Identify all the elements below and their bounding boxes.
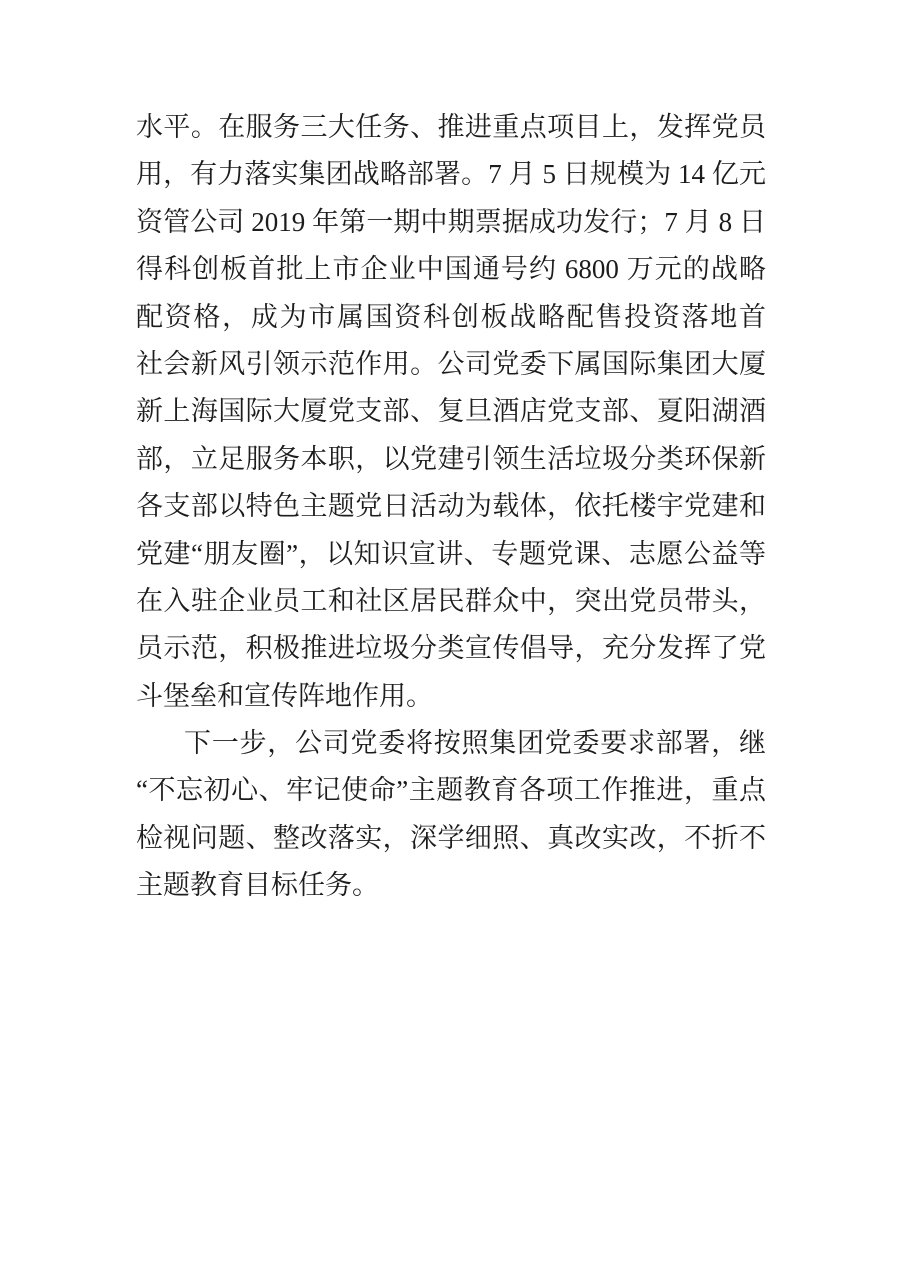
text-line: 社会新风引领示范作用。公司党委下属国际集团大厦党支部、 [136, 341, 766, 388]
text-line: “不忘初心、牢记使命”主题教育各项工作推进，重点围绕 [136, 767, 766, 814]
text-line: 水平。在服务三大任务、推进重点项目上，发挥党员先锋作 [136, 104, 766, 151]
text-line: 斗堡垒和宣传阵地作用。 [136, 673, 766, 720]
text-line: 主题教育目标任务。 [136, 862, 766, 909]
text-line: 资管公司 2019 年第一期中期票据成功发行；7 月 8 日成功取 [136, 199, 766, 246]
text-line: 新上海国际大厦党支部、复旦酒店党支部、夏阳湖酒店党支 [136, 388, 766, 435]
text-line: 下一步，公司党委将按照集团党委要求部署，继续抓好 [136, 720, 766, 767]
text-line: 用，有力落实集团战略部署。7 月 5 日规模为 14 亿元的国际 [136, 151, 766, 198]
document-body: 水平。在服务三大任务、推进重点项目上，发挥党员先锋作用，有力落实集团战略部署。7… [136, 104, 766, 910]
text-line: 检视问题、整改落实，深学细照、真改实改，不折不扣完成 [136, 815, 766, 862]
text-line: 各支部以特色主题党日活动为载体，依托楼宇党建和区域化 [136, 483, 766, 530]
text-line: 配资格，成为市属国资科创板战略配售投资落地首单。发挥 [136, 294, 766, 341]
text-line: 部，立足服务本职，以党建引领生活垃圾分类环保新风尚。 [136, 436, 766, 483]
text-line: 在入驻企业员工和社区居民群众中，突出党员带头，强化党 [136, 578, 766, 625]
text-line: 得科创板首批上市企业中国通号约 6800 万元的战略配售获 [136, 246, 766, 293]
text-line: 党建“朋友圈”，以知识宣讲、专题党课、志愿公益等形式， [136, 531, 766, 578]
document-page: 水平。在服务三大任务、推进重点项目上，发挥党员先锋作用，有力落实集团战略部署。7… [0, 0, 900, 1273]
text-line: 员示范，积极推进垃圾分类宣传倡导，充分发挥了党支部战 [136, 625, 766, 672]
